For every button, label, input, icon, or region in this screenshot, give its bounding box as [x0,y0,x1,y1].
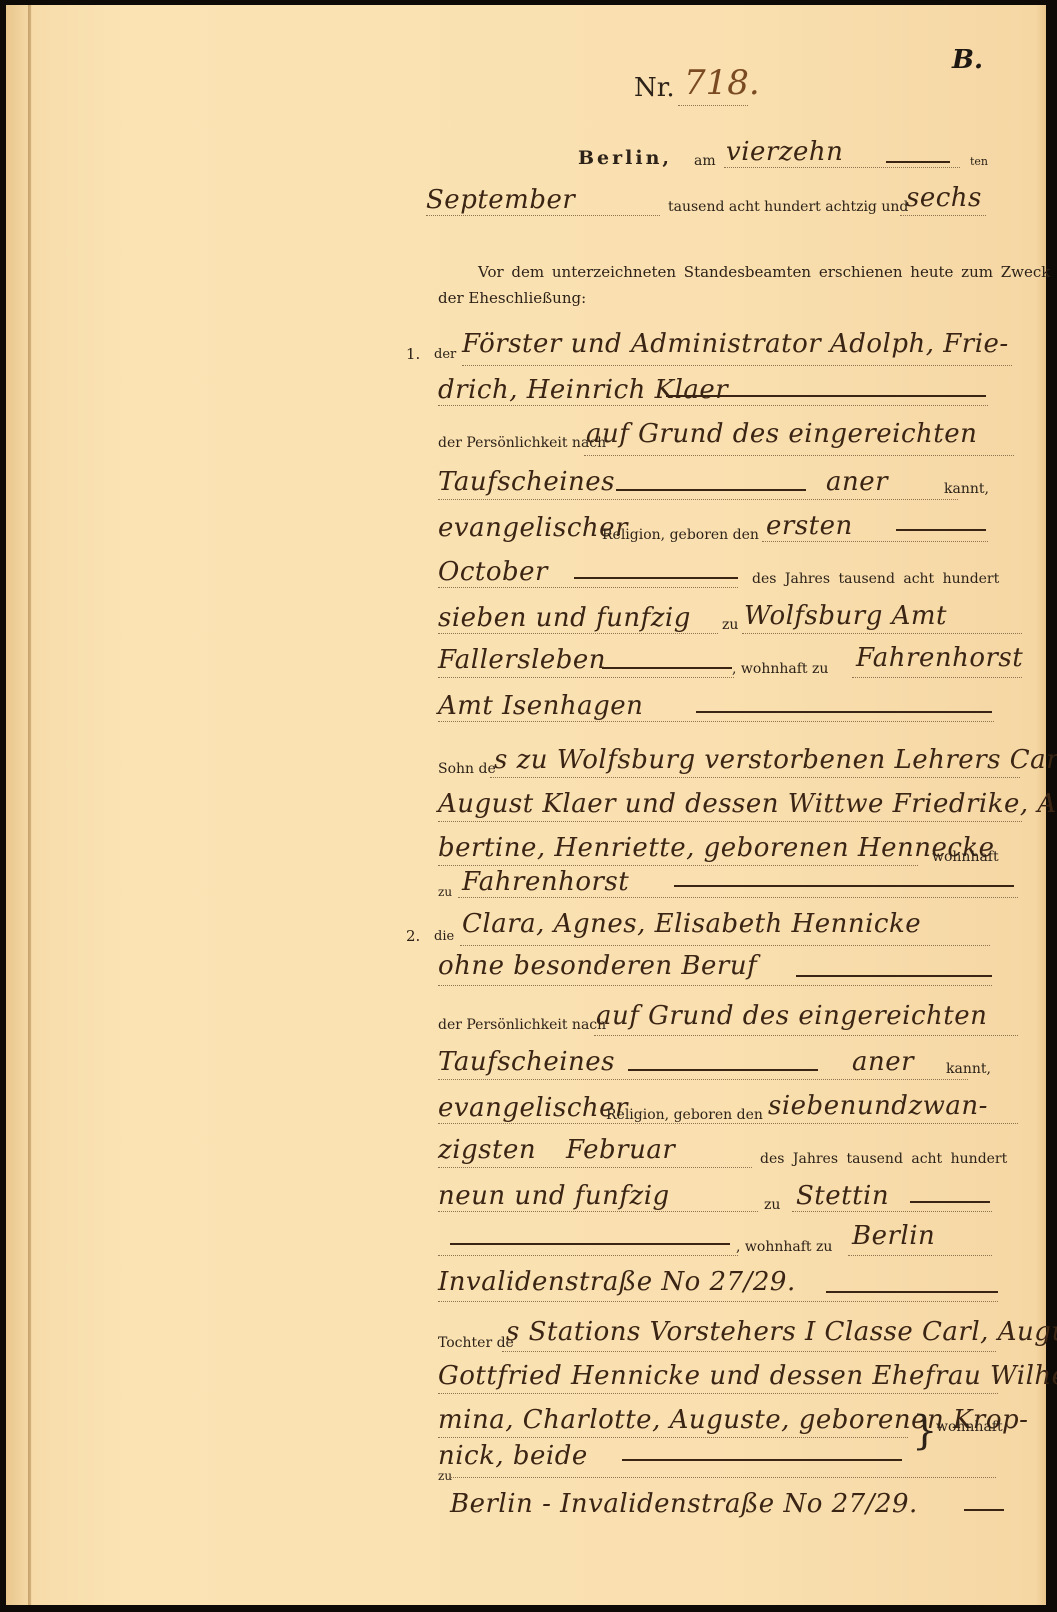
parents-line-2: Gottfried Hennicke und dessen Ehefrau Wi… [438,1361,1057,1391]
article: die [434,929,454,944]
ten-label: ten [970,155,988,168]
groom-name-line-2: drich, Heinrich Klaer [438,375,728,405]
record-number-label: Nr. [634,73,675,103]
parents-residence-label: wohnhaft [936,1419,1003,1435]
identity-line-1: auf Grund des eingereichten [596,1001,987,1031]
religion-value: evangelischer [438,1093,628,1123]
birth-year: sieben und funfzig [438,603,691,633]
year-value: sechs [906,183,982,213]
residence-line-2: Invalidenstraße No 27/29. [438,1267,796,1297]
residence-line-2: Amt Isenhagen [438,691,643,721]
month-value: September [426,185,575,215]
parents-residence: Fahrenhorst [462,867,629,897]
year-printed: tausend acht hundert achtzig und [668,199,908,215]
intro-line-2: der Eheschließung: [438,289,586,307]
birth-year: neun und funfzig [438,1181,670,1211]
kannt-label: kannt, [944,481,989,497]
residence-line-1: Berlin [852,1221,935,1251]
birth-day-line-1: siebenundzwan- [768,1091,988,1121]
parent-label: Sohn de [438,761,496,777]
party-number: 1. [406,345,420,363]
parents-line-2: August Klaer und dessen Wittwe Friedrike… [438,789,1057,819]
parents-line-1: s zu Wolfsburg verstorbenen Lehrers Carl… [494,745,1057,775]
birth-place-line-1: Wolfsburg Amt [744,601,947,631]
religion-label: Religion, geboren den [606,1107,763,1123]
am-label: am [694,153,716,169]
identity-line-1: auf Grund des eingereichten [586,419,977,449]
birth-day-line-2: zigsten [438,1135,536,1165]
party-number: 2. [406,927,420,945]
birth-day: ersten [766,511,853,541]
binding-edge [6,5,28,1605]
identity-suffix: aner [852,1047,914,1077]
religion-label: Religion, geboren den [602,527,759,543]
identity-line-2: Taufscheines [438,1047,615,1077]
page-marker: B. [952,45,983,75]
parents-line-4: nick, beide [438,1441,588,1471]
parents-residence-label: wohnhaft [932,849,999,865]
article: der [434,347,456,362]
parent-label: Tochter de [438,1335,514,1351]
city-label: Berlin, [578,147,672,169]
parents-zu-label: zu [438,885,452,899]
bride-name-line-1: Clara, Agnes, Elisabeth Hennicke [462,909,921,939]
identity-label: der Persönlichkeit nach [438,1017,606,1033]
religion-value: evangelischer [438,513,628,543]
residence-label: , wohnhaft zu [736,1239,832,1255]
birth-month: Februar [566,1135,675,1165]
page-fold [28,5,31,1605]
zu-label: zu [722,617,738,633]
intro-line-1: Vor dem unterzeichneten Standesbeamten e… [478,263,1050,281]
parents-zu-label: zu [438,1469,452,1483]
parents-line-1: s Stations Vorstehers I Classe Carl, Aug… [506,1317,1057,1347]
kannt-label: kannt, [946,1061,991,1077]
residence-label: , wohnhaft zu [732,661,828,677]
year-label: des Jahres tausend acht hundert [760,1151,1007,1167]
groom-name-line-1: Förster und Administrator Adolph, Frie- [462,329,1009,359]
identity-line-2: Taufscheines [438,467,615,497]
record-number: 718. [684,63,760,103]
identity-label: der Persönlichkeit nach [438,435,606,451]
birth-place: Stettin [796,1181,889,1211]
parents-residence: Berlin - Invalidenstraße No 27/29. [450,1489,918,1519]
register-page: B. Nr. 718. Berlin, am vierzehn ten Sept… [6,5,1046,1605]
birth-month: October [438,557,548,587]
day-value: vierzehn [726,137,843,167]
birth-place-line-2: Fallersleben [438,645,606,675]
zu-label: zu [764,1197,780,1213]
bracket: } [912,1411,937,1451]
identity-suffix: aner [826,467,888,497]
bride-name-line-2: ohne besonderen Beruf [438,951,757,981]
year-label: des Jahres tausend acht hundert [752,571,999,587]
residence-line-1: Fahrenhorst [856,643,1023,673]
parents-line-3: bertine, Henriette, geborenen Hennecke [438,833,995,863]
